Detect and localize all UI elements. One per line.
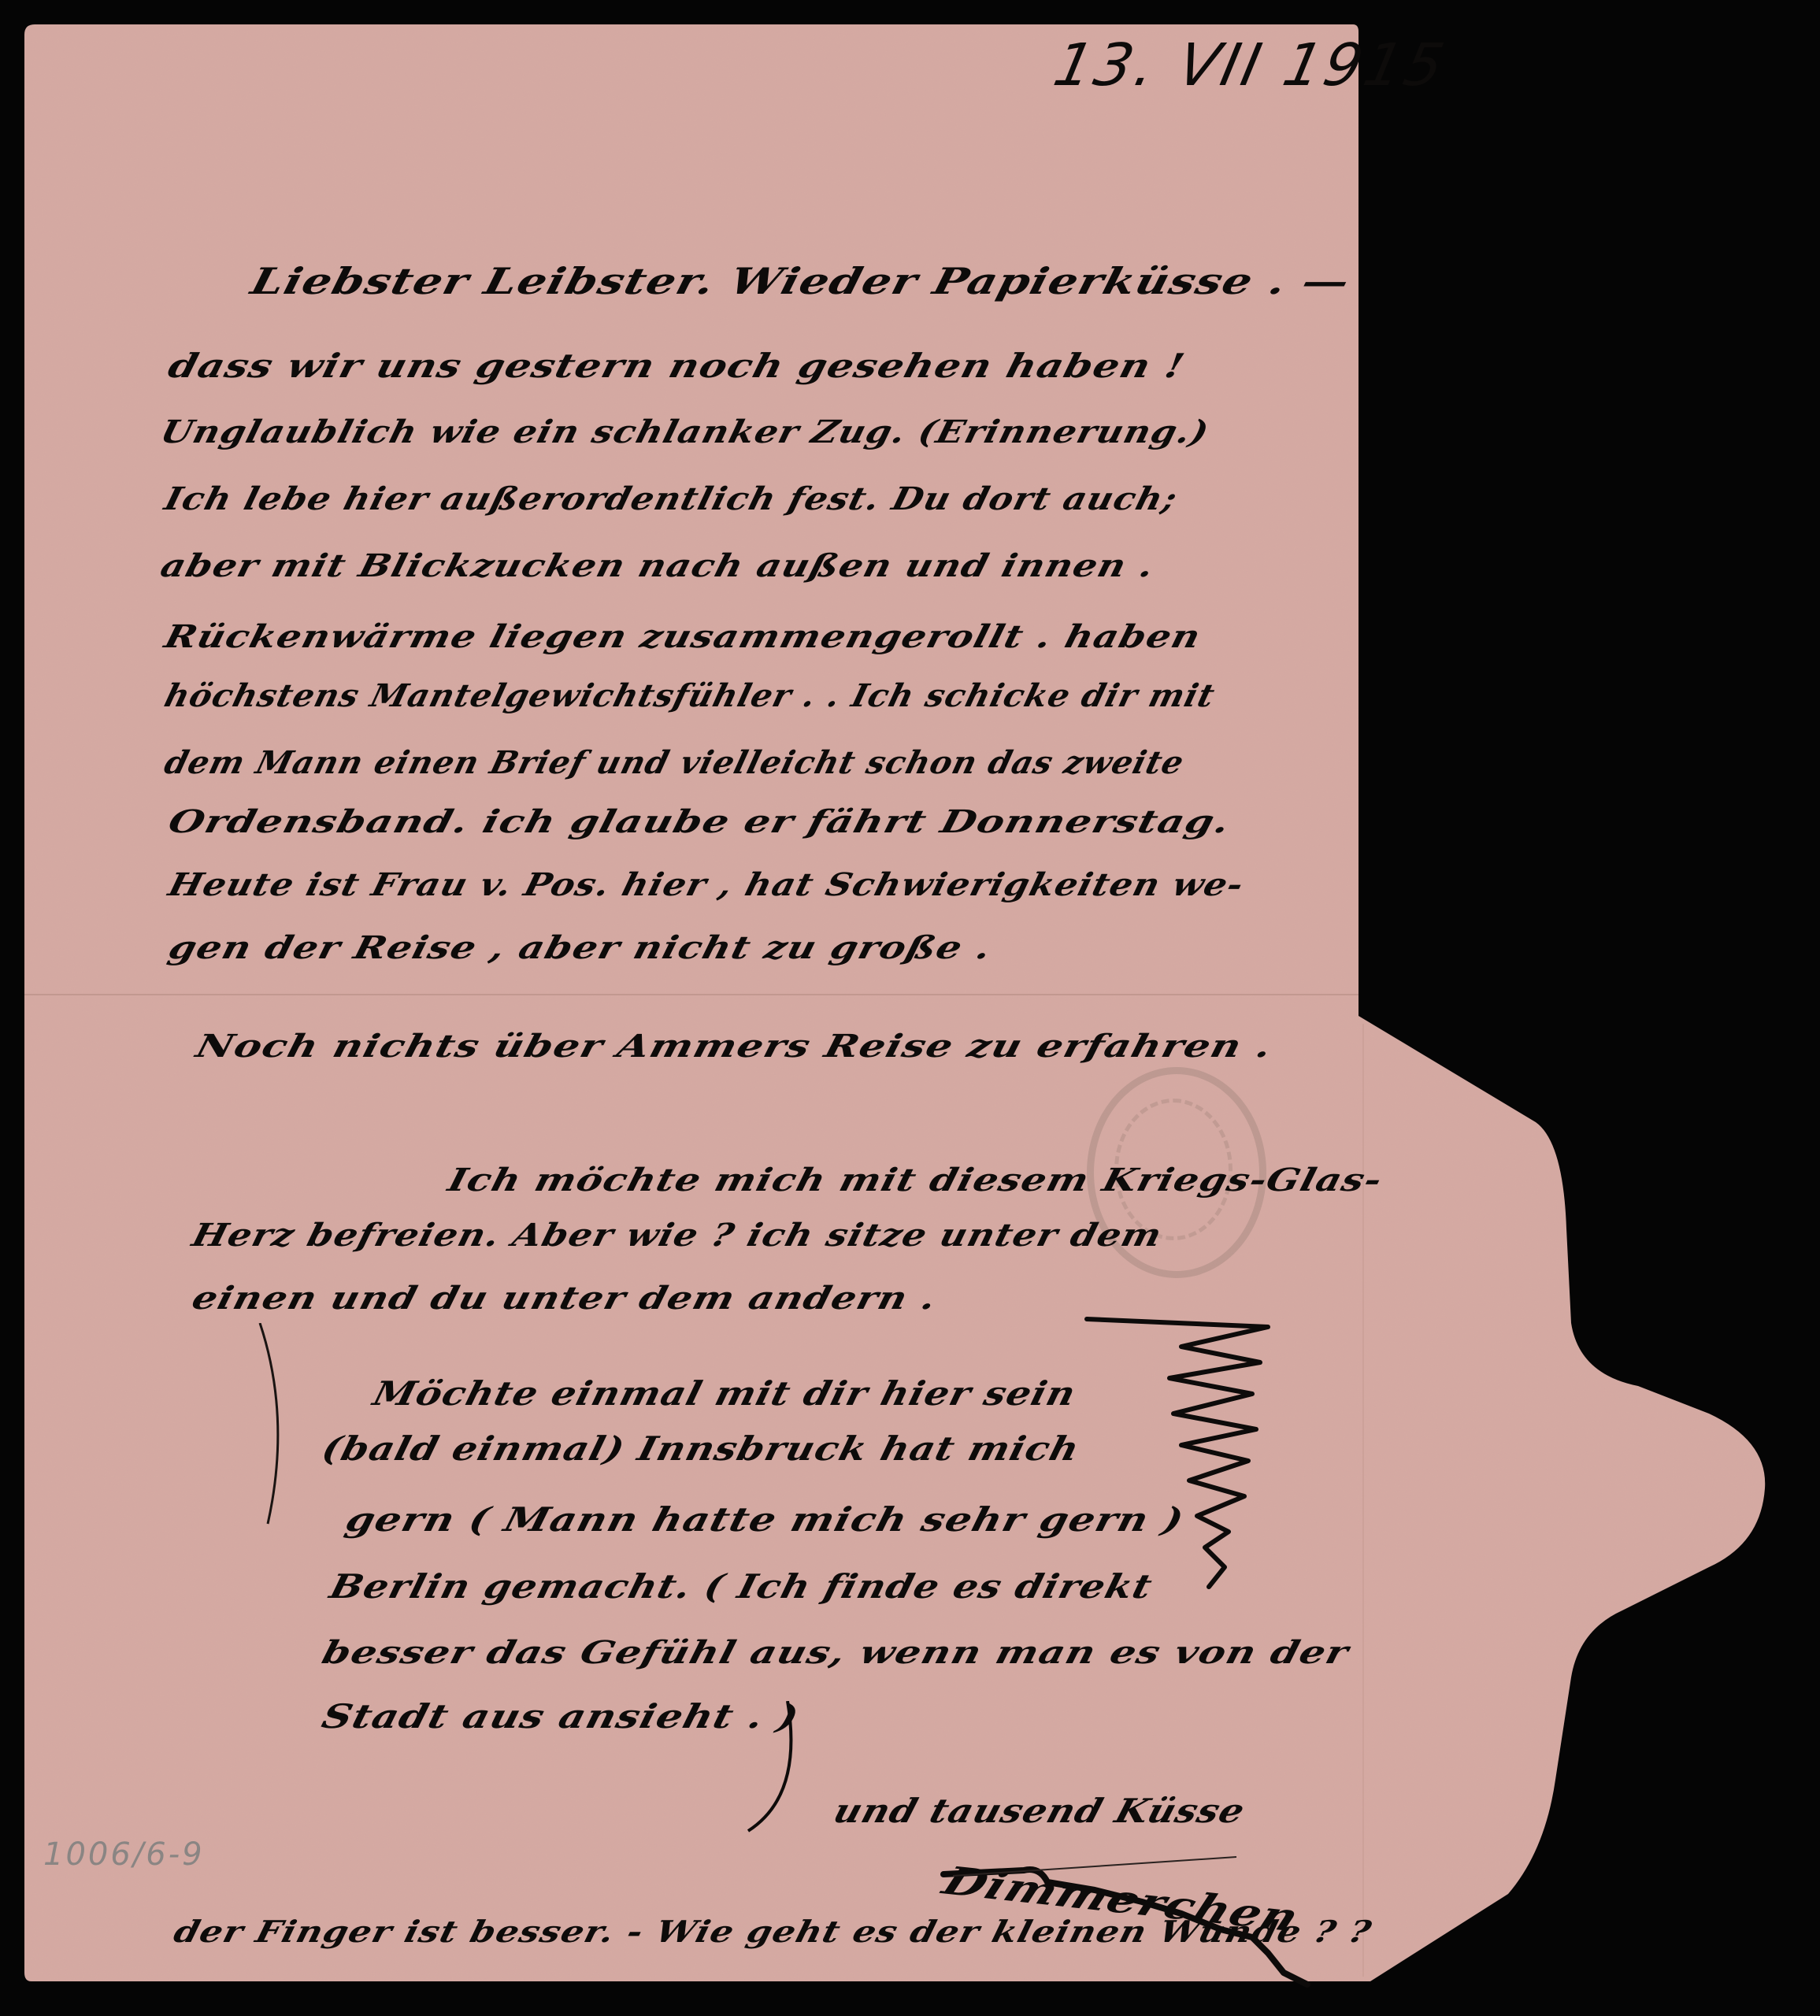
letter-line: besser das Gefühl aus, wenn man es von d… — [318, 1634, 1353, 1671]
letter-date: 13. VII 1915 — [1048, 31, 1453, 99]
letter-line: einen und du unter dem andern . — [188, 1280, 940, 1317]
letter-line: Ich möchte mich mit diesem Kriegs-Glas- — [444, 1162, 1386, 1199]
letter-line: Heute ist Frau v. Pos. hier , hat Schwie… — [165, 866, 1247, 903]
letter-line: Noch nichts über Ammers Reise zu erfahre… — [192, 1028, 1276, 1065]
postscript-line: der Finger ist besser. - Wie geht es der… — [170, 1914, 1375, 1949]
archive-number: 1006/6-9 — [43, 1836, 205, 1873]
letter-line: Ich lebe hier außerordentlich fest. Du d… — [161, 480, 1181, 517]
letter-line: Möchte einmal mit dir hier sein — [369, 1374, 1081, 1413]
letter-line: Rückenwärme liegen zusammengerollt . hab… — [161, 618, 1205, 655]
letter-line: Berlin gemacht. ( Ich finde es direkt — [326, 1567, 1157, 1606]
letter-line: Herz befreien. Aber wie ? ich sitze unte… — [188, 1217, 1166, 1254]
letter-line: dem Mann einen Brief und vielleicht scho… — [161, 744, 1188, 781]
paper-fold-line — [24, 994, 1359, 995]
letter-sheet — [0, 0, 1820, 2016]
letter-line: aber mit Blickzucken nach außen und inne… — [157, 547, 1158, 584]
letter-line: gen der Reise , aber nicht zu große . — [165, 929, 995, 966]
letter-line: (bald einmal) Innsbruck hat mich — [318, 1429, 1084, 1468]
salutation-line: Liebster Leibster. Wieder Papierküsse . … — [246, 260, 1355, 302]
zigzag-flourish — [1071, 1303, 1307, 1603]
letter-line: Ordensband. ich glaube er fährt Donnerst… — [165, 803, 1234, 840]
letter-line: Stadt aus ansieht . ) — [318, 1697, 803, 1736]
closing-text: und tausend Küsse — [829, 1792, 1250, 1830]
letter-line: Unglaublich wie ein schlanker Zug. (Erin… — [157, 413, 1213, 450]
letter-line: höchstens Mantelgewichtsfühler . . Ich s… — [161, 677, 1219, 714]
letter-line: gern ( Mann hatte mich sehr gern ) — [342, 1500, 1188, 1539]
letter-line: dass wir uns gestern noch gesehen haben … — [165, 346, 1189, 385]
margin-arc — [252, 1323, 299, 1528]
closing-parenthesis — [732, 1701, 803, 1843]
